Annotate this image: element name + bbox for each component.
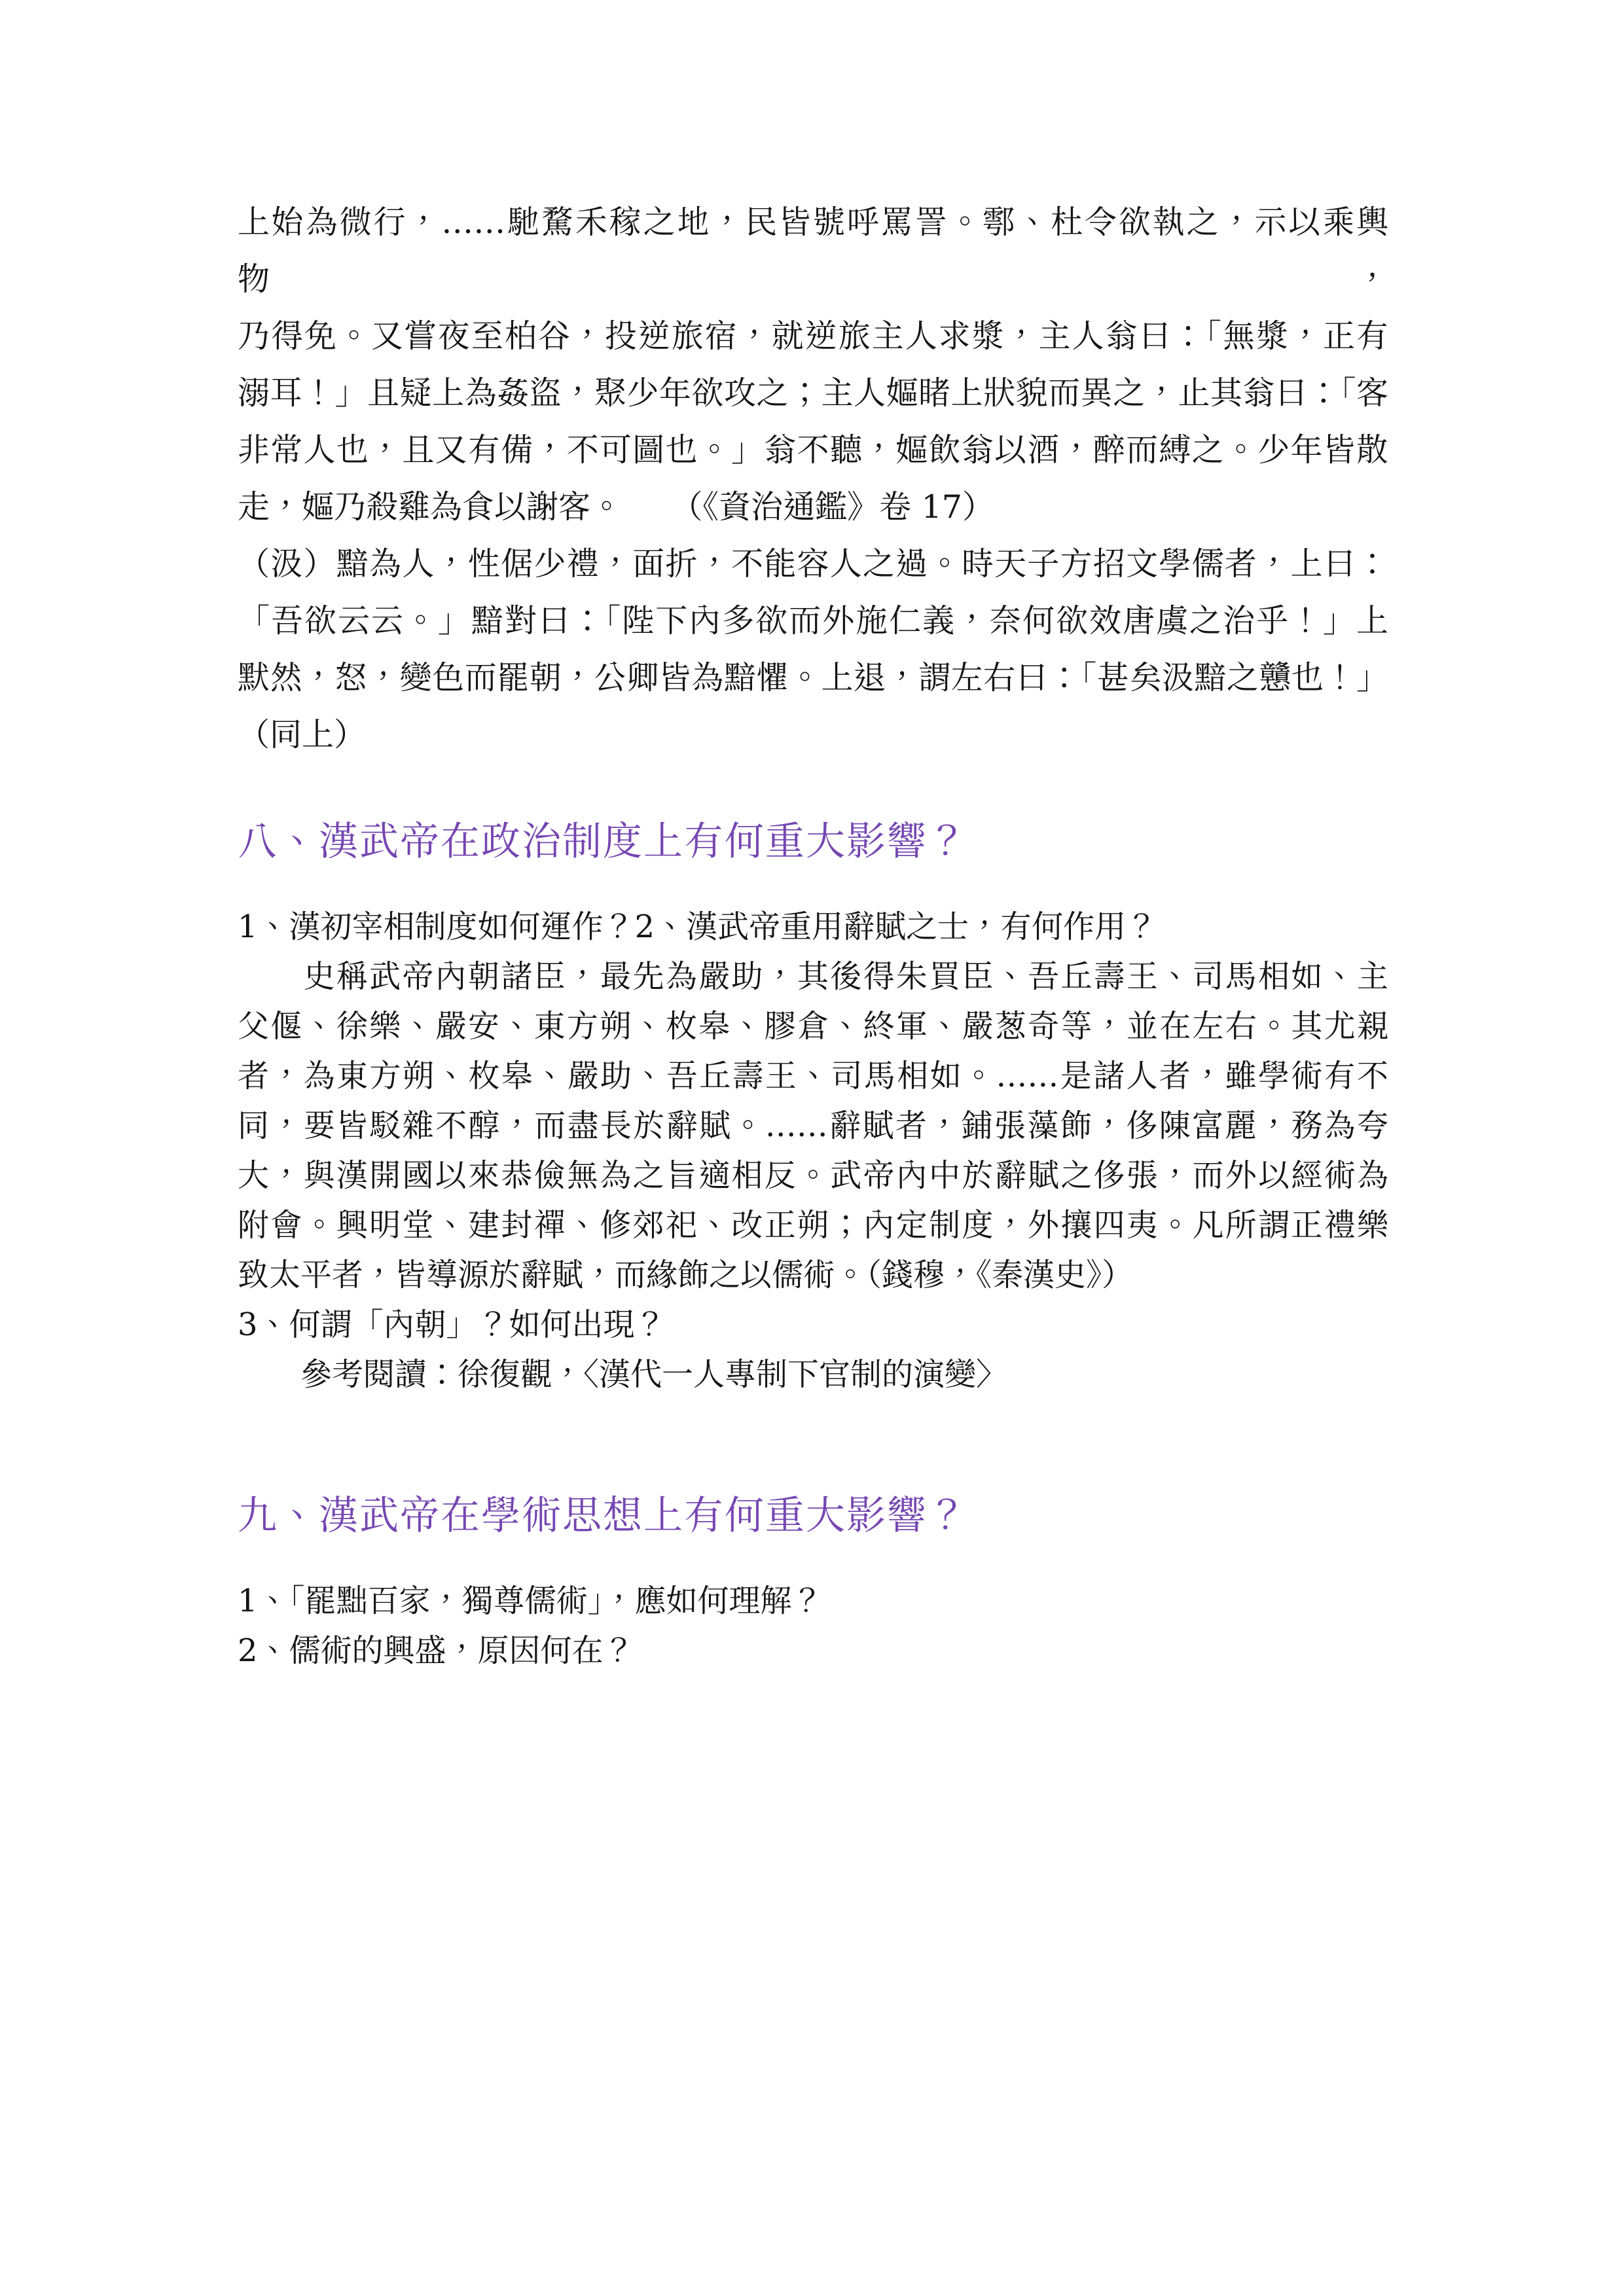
text-line: （同上）	[238, 706, 1388, 763]
text-line: 附會。興明堂、建封禪、修郊祀、改正朔；內定制度，外攘四夷。凡所謂正禮樂	[238, 1200, 1388, 1250]
text-line: 史稱武帝內朝諸臣，最先為嚴助，其後得朱買臣、吾丘壽王、司馬相如、主	[238, 952, 1388, 1001]
text-line: 非常人也，且又有備，不可圖也。」翁不聽，嫗飲翁以酒，醉而縛之。少年皆散	[238, 422, 1388, 478]
reference-reading-line: 參考閱讀：徐復觀，〈漢代一人專制下官制的演變〉	[238, 1350, 1388, 1399]
text-line: 3、何謂「內朝」？如何出現？	[238, 1300, 1388, 1350]
text-line: 大，與漢開國以來恭儉無為之旨適相反。武帝內中於辭賦之侈張，而外以經術為	[238, 1151, 1388, 1200]
text-line: 「吾欲云云。」黯對曰：「陛下內多欲而外施仁義，奈何欲效唐虞之治乎！」上	[238, 592, 1388, 649]
document-page: 上始為微行，……馳騖禾稼之地，民皆號呼罵詈。鄠、杜令欲執之，示以乘輿物，乃得免。…	[0, 0, 1624, 2296]
text-line: 同，要皆駁雜不醇，而盡長於辭賦。……辭賦者，鋪張藻飾，侈陳富麗，務為夸	[238, 1101, 1388, 1151]
text-line: 走，嫗乃殺雞為食以謝客。 （《資治通鑑》卷 17）	[238, 478, 1388, 535]
text-line: 者，為東方朔、枚皋、嚴助、吾丘壽王、司馬相如。……是諸人者，雖學術有不	[238, 1051, 1388, 1101]
quote-paragraph-ji-an: （汲）黯為人，性倨少禮，面折，不能容人之過。時天子方招文學儒者，上曰：「吾欲云云…	[238, 535, 1388, 763]
text-line: 1、漢初宰相制度如何運作？2、漢武帝重用辭賦之士，有何作用？	[238, 902, 1388, 952]
text-line: 溺耳！」且疑上為姦盜，聚少年欲攻之；主人嫗睹上狀貌而異之，止其翁曰：「客	[238, 365, 1388, 422]
section-heading-8: 八、漢武帝在政治制度上有何重大影響？	[238, 812, 1388, 872]
text-line: 參考閱讀：徐復觀，〈漢代一人專制下官制的演變〉	[238, 1350, 1388, 1399]
text-line: 乃得免。又嘗夜至柏谷，投逆旅宿，就逆旅主人求漿，主人翁曰：「無漿，正有	[238, 308, 1388, 365]
text-line: 2、儒術的興盛，原因何在？	[238, 1626, 1388, 1676]
question-list-8: 1、漢初宰相制度如何運作？2、漢武帝重用辭賦之士，有何作用？	[238, 902, 1388, 952]
question-9-item-2: 2、儒術的興盛，原因何在？	[238, 1626, 1388, 1676]
text-line: 父偃、徐樂、嚴安、東方朔、枚皋、膠倉、終軍、嚴葱奇等，並在左右。其尤親	[238, 1001, 1388, 1051]
text-line: 上始為微行，……馳騖禾稼之地，民皆號呼罵詈。鄠、杜令欲執之，示以乘輿物，	[238, 194, 1388, 308]
text-line: （汲）黯為人，性倨少禮，面折，不能容人之過。時天子方招文學儒者，上曰：	[238, 535, 1388, 592]
section-heading-9: 九、漢武帝在學術思想上有何重大影響？	[238, 1486, 1388, 1546]
question-8-item-3: 3、何謂「內朝」？如何出現？	[238, 1300, 1388, 1350]
question-9-item-1: 1、「罷黜百家，獨尊儒術」，應如何理解？	[238, 1576, 1388, 1626]
text-line: 致太平者，皆導源於辭賦，而緣飾之以儒術。（錢穆，《秦漢史》）	[238, 1250, 1388, 1300]
text-line: 默然，怒，變色而罷朝，公卿皆為黯懼。上退，謂左右曰：「甚矣汲黯之戇也！」	[238, 649, 1388, 706]
quote-paragraph-qianmu: 史稱武帝內朝諸臣，最先為嚴助，其後得朱買臣、吾丘壽王、司馬相如、主父偃、徐樂、嚴…	[238, 952, 1388, 1300]
quote-paragraph-zizhi-tongjian: 上始為微行，……馳騖禾稼之地，民皆號呼罵詈。鄠、杜令欲執之，示以乘輿物，乃得免。…	[238, 194, 1388, 535]
text-line: 1、「罷黜百家，獨尊儒術」，應如何理解？	[238, 1576, 1388, 1626]
